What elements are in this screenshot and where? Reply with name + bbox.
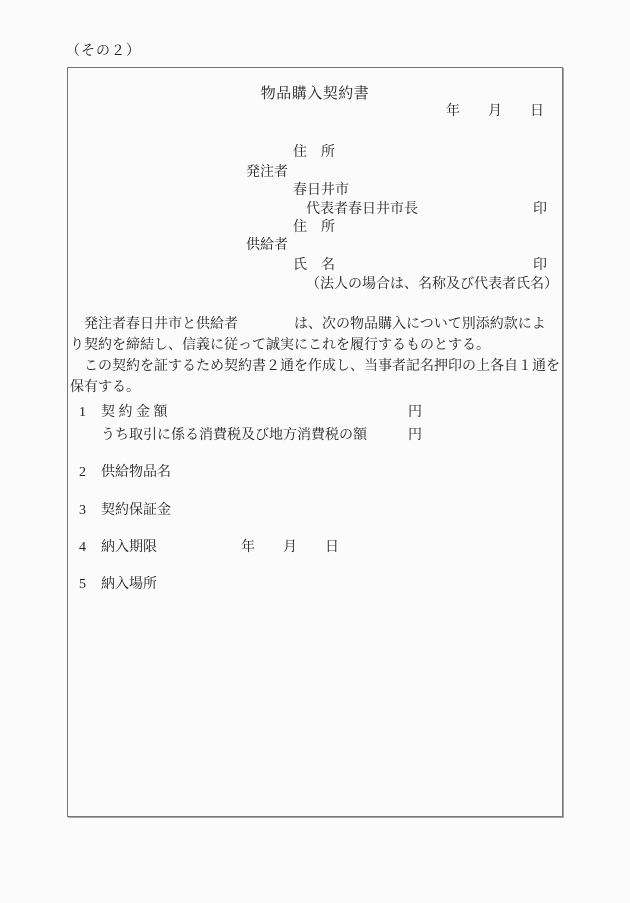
body-line: この契約を証するため契約書２通を作成し、当事者記名押印の上各自１通を <box>70 356 560 377</box>
item-sub-label: うち取引に係る消費税及び地方消費税の額 <box>101 429 367 443</box>
supplier-address-label: 住 所 <box>293 221 335 235</box>
item-label: 納入場所 <box>101 578 157 592</box>
currency-unit: 円 <box>408 406 422 420</box>
body-line: 保有する。 <box>70 377 560 398</box>
item-number: 1 <box>79 406 86 420</box>
supplier-seal-mark: 印 <box>533 259 547 273</box>
contract-body: 発注者春日井市と供給者 は、次の物品購入について別添約款によ り契約を締結し、信… <box>70 314 560 398</box>
contract-sheet: （その２） 物品購入契約書 年 月 日 住 所 発注者 春日井市 代表者春日井市… <box>0 0 630 903</box>
body-line: り契約を締結し、信義に従って誠実にこれを履行するものとする。 <box>70 335 560 356</box>
item-number: 2 <box>79 466 86 480</box>
contract-frame: 物品購入契約書 年 月 日 住 所 発注者 春日井市 代表者春日井市長 印 住 … <box>67 67 563 817</box>
supplier-name-label: 氏 名 <box>293 259 335 273</box>
item-label: 納入期限 年 月 日 <box>101 541 339 555</box>
supplier-corporate-note: （法人の場合は、名称及び代表者氏名） <box>306 278 558 292</box>
item-label: 契 約 金 額 <box>101 406 168 420</box>
orderer-seal-mark: 印 <box>533 203 547 217</box>
item-number: 4 <box>79 541 86 555</box>
orderer-address-label: 住 所 <box>293 146 335 160</box>
supplier-role-label: 供給者 <box>246 239 288 253</box>
orderer-representative: 代表者春日井市長 <box>306 203 418 217</box>
date-line: 年 月 日 <box>446 105 544 119</box>
orderer-city: 春日井市 <box>293 184 349 198</box>
item-label: 供給物品名 <box>101 466 171 480</box>
currency-unit: 円 <box>408 429 422 443</box>
document-title: 物品購入契約書 <box>68 87 562 102</box>
item-number: 3 <box>79 504 86 518</box>
item-label: 契約保証金 <box>101 504 171 518</box>
item-number: 5 <box>79 578 86 592</box>
orderer-role-label: 発注者 <box>246 166 288 180</box>
body-line: 発注者春日井市と供給者 は、次の物品購入について別添約款によ <box>70 314 560 335</box>
corner-label: （その２） <box>66 45 141 59</box>
